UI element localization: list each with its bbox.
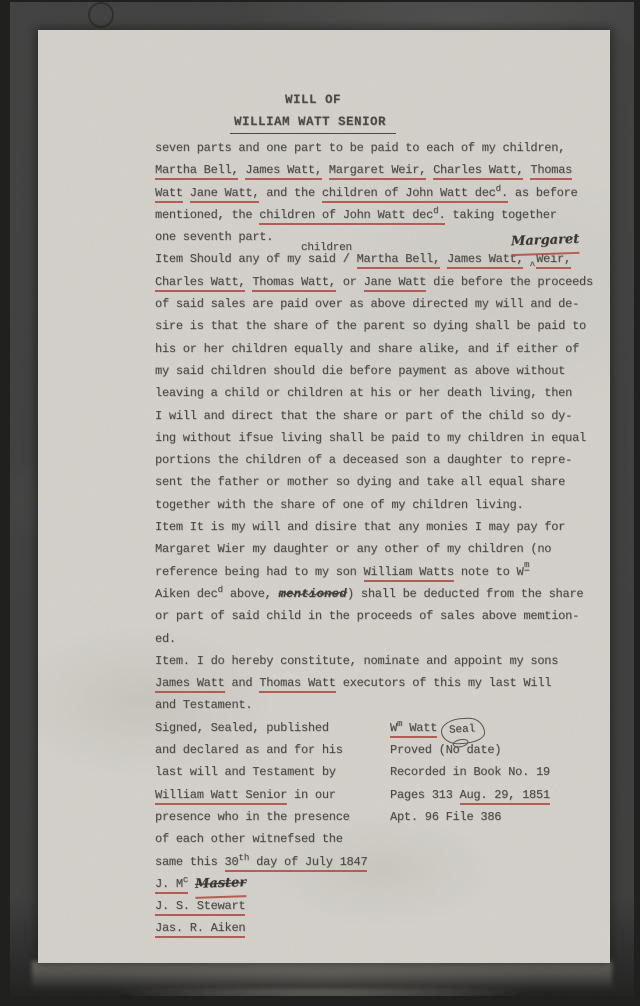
doc-line: Item. I do hereby constitute, nominate a… <box>155 650 615 672</box>
typed-text: one seventh part. <box>155 230 273 244</box>
doc-line: J. Mc Master <box>155 873 615 895</box>
typed-text: his or her children equally and share al… <box>155 342 579 356</box>
red-underlined-text: Martha Bell, <box>155 163 238 180</box>
typed-text: executors of this my last Will <box>336 676 552 690</box>
red-underlined-text: James Watt, <box>245 163 321 180</box>
doc-line: William Watt Senior in ourPages 313 Aug.… <box>155 784 615 806</box>
doc-line: Aiken decd above, mentioned) shall be de… <box>155 583 615 605</box>
doc-line: and declared as and for hisProved (No da… <box>155 739 615 761</box>
red-underlined-text: Thomas <box>530 163 572 180</box>
doc-line: reference being had to my son William Wa… <box>155 561 615 583</box>
document-title: WILL OF WILLIAM WATT SENIOR <box>163 90 463 134</box>
typed-text: Proved (No date) <box>390 743 501 757</box>
typed-text <box>322 163 329 177</box>
typed-text: taking together <box>445 208 556 222</box>
typed-text: in our <box>287 788 336 802</box>
superscript: d <box>218 585 223 595</box>
doc-line: and Testament. <box>155 694 615 716</box>
red-underlined-text: 30 <box>225 855 239 872</box>
right-column-text: Recorded in Book No. 19 <box>390 761 550 783</box>
right-column-text: Pages 313 Aug. 29, 1851 <box>390 784 550 806</box>
typed-text: note to W <box>454 565 524 579</box>
typed-text: of said sales are paid over as above dir… <box>155 297 579 311</box>
typed-text: and <box>225 676 260 690</box>
red-underlined-text: Watt <box>155 186 183 203</box>
typed-text: Signed, Sealed, published <box>155 721 329 735</box>
typed-text: presence who in the presence <box>155 810 350 824</box>
red-underlined-text: Margaret Weir, <box>329 163 426 180</box>
typed-text: Pages 313 <box>390 788 460 802</box>
doc-line: leaving a child or children at his or he… <box>155 382 615 404</box>
typed-text: and Testament. <box>155 698 252 712</box>
doc-line: Jas. R. Aiken <box>155 917 615 939</box>
doc-line: sent the father or mother so dying and t… <box>155 471 615 493</box>
typed-text: reference being had to my son <box>155 565 364 579</box>
typed-text: and the <box>259 186 322 200</box>
typed-text: same this <box>155 855 225 869</box>
doc-line: together with the share of one of my chi… <box>155 494 615 516</box>
typed-text: Item It is my will and disire that any m… <box>155 520 565 534</box>
typed-text: ing without ifsue living shall be paid t… <box>155 431 586 445</box>
handwritten-text: Margaret <box>511 229 580 257</box>
typed-text: sire is that the share of the parent so … <box>155 319 586 333</box>
red-underlined-text: William Watt Senior <box>155 788 287 805</box>
doc-line: my said children should die before payme… <box>155 360 615 382</box>
typed-text: die before the proceeds <box>426 275 593 289</box>
doc-line: of each other witnefsed the <box>155 828 615 850</box>
typed-text: Item. I do hereby constitute, nominate a… <box>155 654 558 668</box>
doc-line: last will and Testament byRecorded in Bo… <box>155 761 615 783</box>
doc-line: or part of said child in the proceeds of… <box>155 605 615 627</box>
doc-line: Item It is my will and disire that any m… <box>155 516 615 538</box>
red-underlined-text: Jas. R. Aiken <box>155 921 245 938</box>
doc-line: Charles Watt, Thomas Watt, or Jane Watt … <box>155 271 615 293</box>
typed-text <box>183 186 190 200</box>
typed-text: ) shall be deducted from the share <box>347 587 583 601</box>
doc-line: Watt Jane Watt, and the children of John… <box>155 182 615 204</box>
red-underlined-text: th <box>238 855 249 872</box>
doc-line: of said sales are paid over as above dir… <box>155 293 615 315</box>
doc-line: presence who in the presenceApt. 96 File… <box>155 806 615 828</box>
paper-bottom-shadow <box>32 961 612 989</box>
superscript-abbreviation: m– <box>523 561 529 577</box>
doc-line: Martha Bell, James Watt, Margaret Weir, … <box>155 159 615 181</box>
red-underlined-text: Martha Bell, <box>357 252 440 269</box>
red-underlined-text: children of John Watt dec <box>322 186 496 203</box>
red-underlined-text: Jane Watt <box>364 275 427 292</box>
doc-line: ing without ifsue living shall be paid t… <box>155 427 615 449</box>
typed-text: or <box>336 275 364 289</box>
doc-line: Margaret Wier my daughter or any other o… <box>155 538 615 560</box>
overwritten-word: mentioned <box>279 587 347 601</box>
typed-text: portions the children of a deceased son … <box>155 453 572 467</box>
red-underlined-text: day of July 1847 <box>249 855 367 872</box>
title-line-1: WILL OF <box>163 90 463 110</box>
typed-text: or part of said child in the proceeds of… <box>155 609 579 623</box>
red-underlined-text: J. M <box>155 877 183 894</box>
doc-line: I will and direct that the share or part… <box>155 405 615 427</box>
doc-line: sire is that the share of the parent so … <box>155 315 615 337</box>
typed-text: leaving a child or children at his or he… <box>155 386 572 400</box>
red-underlined-text: . <box>501 186 508 203</box>
document-paper: WILL OF WILLIAM WATT SENIOR seven parts … <box>38 30 610 963</box>
red-underlined-text: children of John Watt dec <box>259 208 433 225</box>
red-underlined-text: Aug. 29, 1851 <box>460 788 550 805</box>
doc-line: Signed, Sealed, publishedWm WattSeal <box>155 717 615 739</box>
typed-text: as before <box>508 186 578 200</box>
typed-text: of each other witnefsed the <box>155 832 343 846</box>
typed-text: Aiken dec <box>155 587 218 601</box>
title-line-2-underlined: WILLIAM WATT SENIOR <box>230 113 396 134</box>
doc-line: J. S. Stewart <box>155 895 615 917</box>
typed-text: together with the share of one of my chi… <box>155 498 523 512</box>
doc-line: seven parts and one part to be paid to e… <box>155 137 615 159</box>
hole-punch-mark <box>88 2 114 28</box>
typed-text: I will and direct that the share or part… <box>155 409 572 423</box>
red-underlined-text: Watt <box>402 721 437 738</box>
red-underlined-text: Jane Watt, <box>190 186 260 203</box>
typed-text: seven parts and one part to be paid to e… <box>155 141 565 155</box>
scanned-will-page: WILL OF WILLIAM WATT SENIOR seven parts … <box>0 0 640 1006</box>
doc-line: James Watt and Thomas Watt executors of … <box>155 672 615 694</box>
typed-text: children <box>301 237 352 259</box>
typed-text: above, <box>223 587 279 601</box>
typed-text: mentioned, the <box>155 208 259 222</box>
red-underlined-text: William Watts <box>364 565 454 582</box>
red-underlined-text: Thomas Watt <box>259 676 335 693</box>
doc-line: same this 30th day of July 1847 <box>155 851 615 873</box>
doc-line: his or her children equally and share al… <box>155 338 615 360</box>
red-underlined-text: James Watt <box>155 676 225 693</box>
red-underlined-text: J. S. Stewart <box>155 899 245 916</box>
red-underlined-text: Thomas Watt, <box>252 275 335 292</box>
document-body: seven parts and one part to be paid to e… <box>155 137 615 940</box>
doc-line: portions the children of a deceased son … <box>155 449 615 471</box>
typed-text: ed. <box>155 632 176 646</box>
typed-text <box>440 252 447 266</box>
typed-text: last will and Testament by <box>155 765 336 779</box>
typed-text: my said children should die before payme… <box>155 364 565 378</box>
doc-line: mentioned, the children of John Watt dec… <box>155 204 615 226</box>
typed-text: Recorded in Book No. 19 <box>390 765 550 779</box>
typed-text: Margaret Wier my daughter or any other o… <box>155 542 551 556</box>
red-underlined-text: W <box>390 721 397 738</box>
red-underlined-text: Charles Watt, <box>155 275 245 292</box>
red-underlined-text: Charles Watt, <box>433 163 523 180</box>
typed-text: and declared as and for his <box>155 743 343 757</box>
right-column-text: Proved (No date) <box>390 739 501 761</box>
doc-line: ed. <box>155 628 615 650</box>
typed-text: Apt. 96 File 386 <box>390 810 501 824</box>
typed-text: sent the father or mother so dying and t… <box>155 475 565 489</box>
right-column-text: Apt. 96 File 386 <box>390 806 501 828</box>
